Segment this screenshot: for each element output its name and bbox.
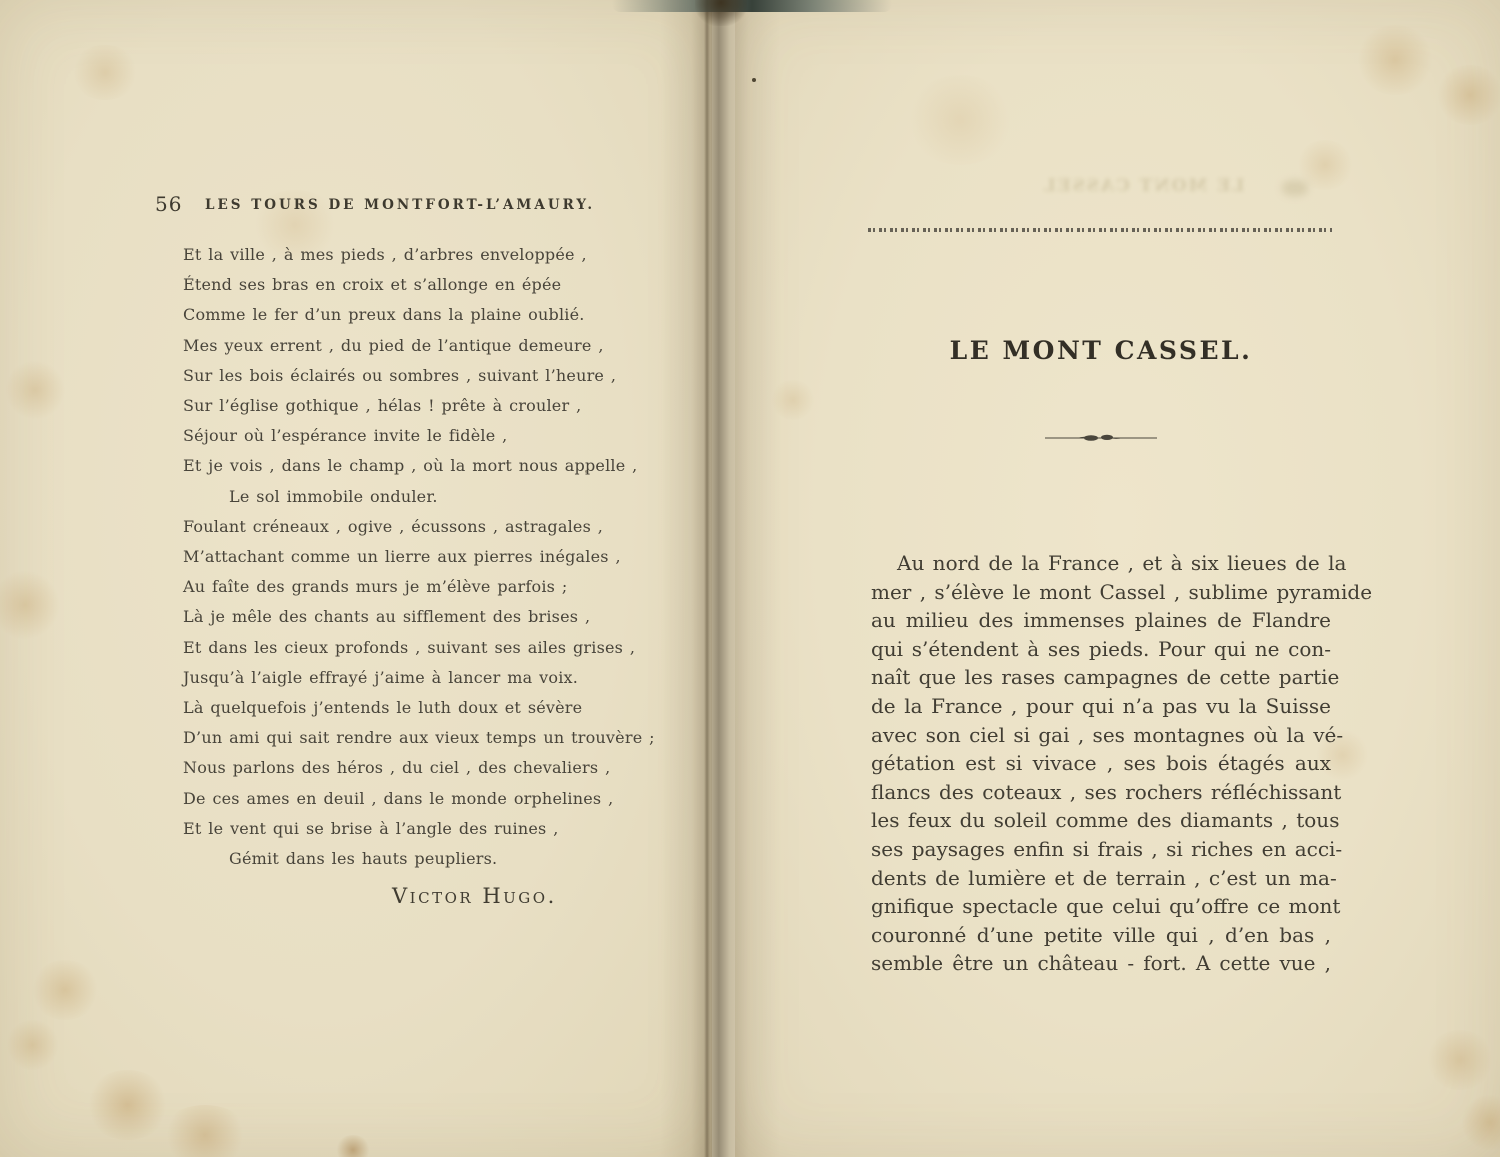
body-line: mer , s’élève le mont Cassel , sublime p… (871, 578, 1331, 607)
poem-line: Et je vois , dans le champ , où la mort … (183, 451, 653, 481)
poem: Et la ville , à mes pieds , d’arbres env… (183, 240, 653, 874)
poem-line: Au faîte des grands murs je m’élève parf… (183, 572, 653, 602)
poem-line: Comme le fer d’un preux dans la plaine o… (183, 300, 653, 330)
poem-line: Le sol immobile onduler. (183, 482, 653, 512)
chapter-body: Au nord de la France , et à six lieues d… (871, 549, 1331, 978)
body-line: au milieu des immenses plaines de Flandr… (871, 606, 1331, 635)
body-line: gétation est si vivace , ses bois étagés… (871, 749, 1331, 778)
body-line: de la France , pour qui n’a pas vu la Su… (871, 692, 1331, 721)
body-line: flancs des coteaux , ses rochers réfléch… (871, 778, 1331, 807)
poem-line: Là quelquefois j’entends le luth doux et… (183, 693, 653, 723)
poem-line: Gémit dans les hauts peupliers. (183, 844, 653, 874)
poem-line: Nous parlons des héros , du ciel , des c… (183, 753, 653, 783)
author-signature: Victor Hugo. (392, 884, 557, 908)
book-scan: 56 LES TOURS DE MONTFORT-L’AMAURY. Et la… (0, 0, 1500, 1157)
body-line: gnifique spectacle que celui qu’offre ce… (871, 892, 1331, 921)
poem-line: M’attachant comme un lierre aux pierres … (183, 542, 653, 572)
body-line: Au nord de la France , et à six lieues d… (871, 549, 1331, 578)
dotted-rule (868, 228, 1332, 232)
body-line: qui s’étendent à ses pieds. Pour qui ne … (871, 635, 1331, 664)
chapter-title: LE MONT CASSEL. (871, 336, 1331, 365)
poem-line: Séjour où l’espérance invite le fidèle , (183, 421, 653, 451)
body-line: naît que les rases campagnes de cette pa… (871, 663, 1331, 692)
poem-line: Et dans les cieux profonds , suivant ses… (183, 633, 653, 663)
poem-line: D’un ami qui sait rendre aux vieux temps… (183, 723, 653, 753)
running-header: LES TOURS DE MONTFORT-L’AMAURY. (205, 197, 595, 213)
poem-line: Et le vent qui se brise à l’angle des ru… (183, 814, 653, 844)
poem-line: Jusqu’à l’aigle effrayé j’aime à lancer … (183, 663, 653, 693)
poem-line: Et la ville , à mes pieds , d’arbres env… (183, 240, 653, 270)
poem-line: Foulant créneaux , ogive , écussons , as… (183, 512, 653, 542)
poem-line: De ces ames en deuil , dans le monde orp… (183, 784, 653, 814)
body-line: les feux du soleil comme des diamants , … (871, 806, 1331, 835)
poem-line: Mes yeux errent , du pied de l’antique d… (183, 331, 653, 361)
body-line: couronné d’une petite ville qui , d’en b… (871, 921, 1331, 950)
divider-ornament-icon (1041, 430, 1161, 444)
body-line: dents de lumière et de terrain , c’est u… (871, 864, 1331, 893)
body-line: semble être un château - fort. A cette v… (871, 949, 1331, 978)
body-line: ses paysages enfin si frais , si riches … (871, 835, 1331, 864)
poem-line: Sur l’église gothique , hélas ! prête à … (183, 391, 653, 421)
poem-line: Là je mêle des chants au sifflement des … (183, 602, 653, 632)
page-number: 56 (155, 192, 182, 216)
poem-line: Étend ses bras en croix et s’allonge en … (183, 270, 653, 300)
poem-line: Sur les bois éclairés ou sombres , suiva… (183, 361, 653, 391)
body-line: avec son ciel si gai , ses montagnes où … (871, 721, 1331, 750)
